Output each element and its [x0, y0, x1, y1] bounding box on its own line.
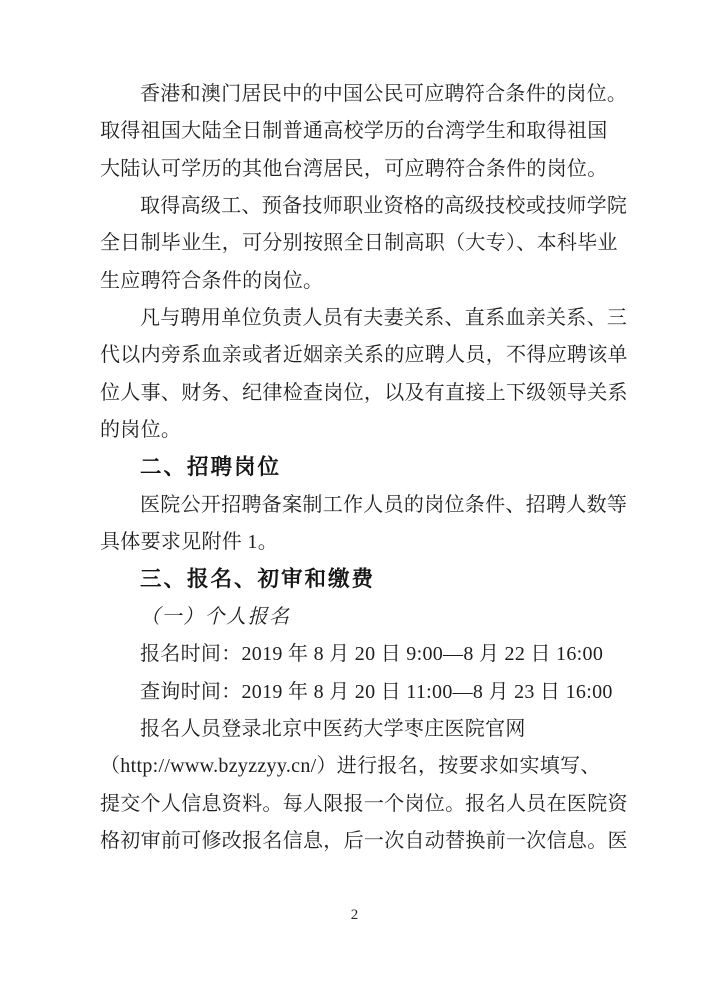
- paragraph-line: 位人事、财务、纪律检查岗位，以及有直接上下级领导关系: [100, 375, 630, 412]
- paragraph-line: （http://www.bzyzzyy.cn/）进行报名，按要求如实填写、: [100, 748, 630, 785]
- paragraph-line: 代以内旁系血亲或者近姻亲关系的应聘人员，不得应聘该单: [100, 337, 630, 374]
- paragraph-line: 香港和澳门居民中的中国公民可应聘符合条件的岗位。: [100, 76, 630, 113]
- paragraph-line: 生应聘符合条件的岗位。: [100, 263, 630, 300]
- paragraph-line: 报名人员登录北京中医药大学枣庄医院官网: [100, 711, 630, 748]
- paragraph-line: 格初审前可修改报名信息，后一次自动替换前一次信息。医: [100, 823, 630, 860]
- paragraph-line: 凡与聘用单位负责人员有夫妻关系、直系血亲关系、三: [100, 300, 630, 337]
- paragraph-line: 大陆认可学历的其他台湾居民，可应聘符合条件的岗位。: [100, 151, 630, 188]
- subsection-heading: （一）个人报名: [100, 599, 630, 636]
- paragraph-line: 取得祖国大陆全日制普通高校学历的台湾学生和取得祖国: [100, 113, 630, 150]
- document-page: 香港和澳门居民中的中国公民可应聘符合条件的岗位。取得祖国大陆全日制普通高校学历的…: [0, 0, 709, 1002]
- paragraph-line: 医院公开招聘备案制工作人员的岗位条件、招聘人数等: [100, 487, 630, 524]
- paragraph-line: 报名时间：2019 年 8 月 20 日 9:00—8 月 22 日 16:00: [100, 636, 630, 673]
- paragraph-line: 查询时间：2019 年 8 月 20 日 11:00—8 月 23 日 16:0…: [100, 674, 630, 711]
- section-heading: 三、报名、初审和缴费: [100, 561, 630, 598]
- document-body: 香港和澳门居民中的中国公民可应聘符合条件的岗位。取得祖国大陆全日制普通高校学历的…: [100, 76, 630, 860]
- paragraph-line: 的岗位。: [100, 412, 630, 449]
- page-number: 2: [0, 905, 709, 925]
- section-heading: 二、招聘岗位: [100, 449, 630, 486]
- paragraph-line: 全日制毕业生，可分别按照全日制高职（大专）、本科毕业: [100, 225, 630, 262]
- paragraph-line: 提交个人信息资料。每人限报一个岗位。报名人员在医院资: [100, 786, 630, 823]
- paragraph-line: 取得高级工、预备技师职业资格的高级技校或技师学院: [100, 188, 630, 225]
- paragraph-line: 具体要求见附件 1。: [100, 524, 630, 561]
